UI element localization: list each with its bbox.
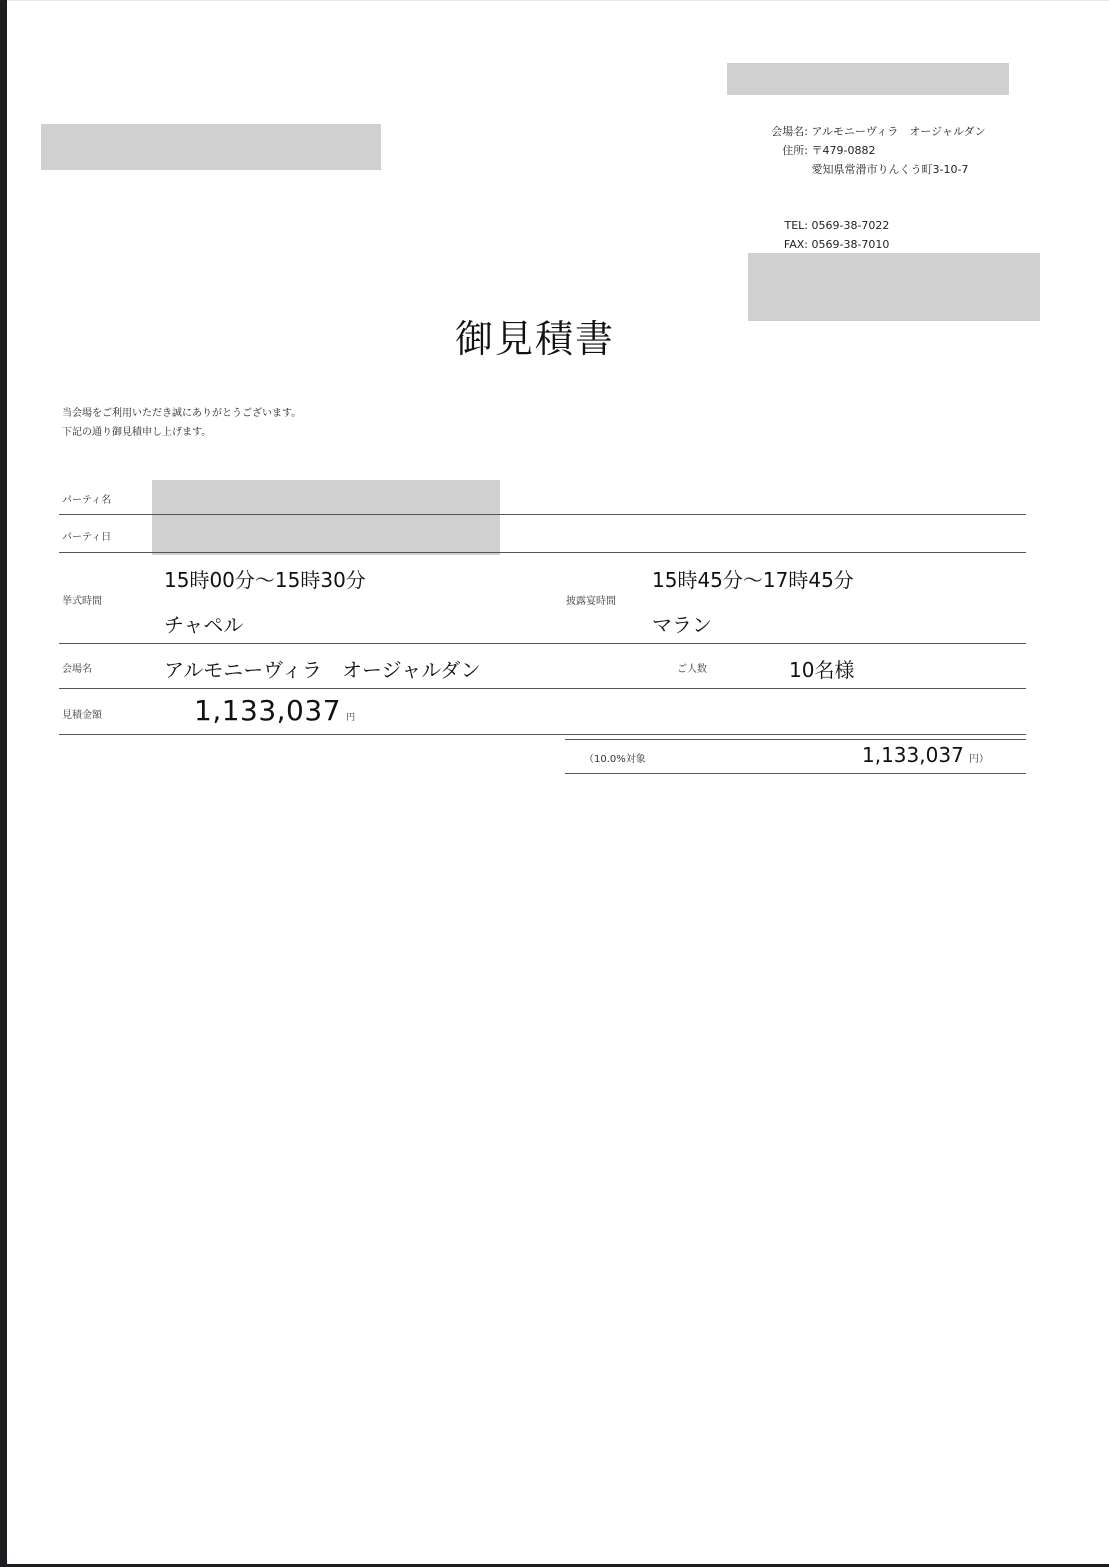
tel-row: TEL: 0569-38-7022	[762, 216, 889, 235]
divider	[59, 734, 1026, 735]
venue-info: 会場名: アルモニーヴィラ オージャルダン 住所: 〒479-0882 愛知県常…	[762, 122, 986, 179]
address-line-row: 愛知県常滑市りんくう町3-10-7	[762, 160, 986, 179]
guest-count: 10名様	[789, 654, 854, 683]
tax-amount: 1,133,037	[862, 743, 964, 767]
greeting-line-1: 当会場をご利用いただき誠にありがとうございます。	[62, 404, 301, 423]
divider	[59, 552, 1026, 553]
address-row: 住所: 〒479-0882	[762, 141, 986, 160]
estimate-amount: 1,133,037	[194, 694, 341, 727]
divider	[565, 739, 1026, 740]
contact-info: TEL: 0569-38-7022 FAX: 0569-38-7010	[762, 216, 889, 254]
divider	[59, 688, 1026, 689]
document-title: 御見積書	[455, 308, 615, 363]
postal-code: 〒479-0882	[812, 144, 876, 157]
tax-amount-group: 1,133,037 円）	[862, 743, 989, 767]
greeting-line-2: 下記の通り御見積申し上げます。	[62, 423, 301, 442]
venue-name: アルモニーヴィラ オージャルダン	[812, 125, 986, 138]
redacted-customer-name	[41, 124, 381, 170]
viewer-left-edge	[0, 0, 7, 1567]
fax-row: FAX: 0569-38-7010	[762, 235, 889, 254]
party-name-label: パーティ名	[62, 491, 111, 506]
tel-number: 0569-38-7022	[812, 219, 890, 232]
page-top-border	[7, 0, 1109, 1]
venue-name-value: アルモニーヴィラ オージャルダン	[164, 654, 481, 683]
tax-unit: 円）	[969, 754, 989, 765]
redacted-stamp-block	[748, 253, 1040, 321]
estimate-amount-group: 1,133,037 円	[194, 694, 355, 727]
venue-name-row: 会場名: アルモニーヴィラ オージャルダン	[762, 122, 986, 141]
divider	[565, 773, 1026, 774]
redacted-party-info	[152, 480, 500, 555]
reception-place: マラン	[652, 609, 712, 638]
fax-number: 0569-38-7010	[812, 238, 890, 251]
redacted-company-block	[727, 63, 1009, 95]
tel-label: TEL:	[762, 216, 808, 235]
address-label: 住所:	[762, 141, 808, 160]
divider	[59, 643, 1026, 644]
reception-time-label: 披露宴時間	[566, 592, 616, 607]
greeting: 当会場をご利用いただき誠にありがとうございます。 下記の通り御見積申し上げます。	[62, 404, 301, 442]
tax-rate-label: （10.0%対象	[584, 750, 646, 765]
divider	[59, 514, 1026, 515]
ceremony-time-label: 挙式時間	[62, 592, 102, 607]
ceremony-time: 15時00分～15時30分	[164, 564, 366, 593]
venue-label: 会場名	[62, 660, 92, 675]
guests-label: ご人数	[677, 660, 707, 675]
estimate-unit: 円	[346, 713, 355, 723]
party-date-label: パーティ日	[62, 528, 111, 543]
estimate-label: 見積金額	[62, 706, 102, 721]
reception-time: 15時45分～17時45分	[652, 564, 854, 593]
venue-name-label: 会場名:	[762, 122, 808, 141]
fax-label: FAX:	[762, 235, 808, 254]
ceremony-place: チャペル	[164, 609, 243, 638]
address-line: 愛知県常滑市りんくう町3-10-7	[812, 163, 969, 176]
